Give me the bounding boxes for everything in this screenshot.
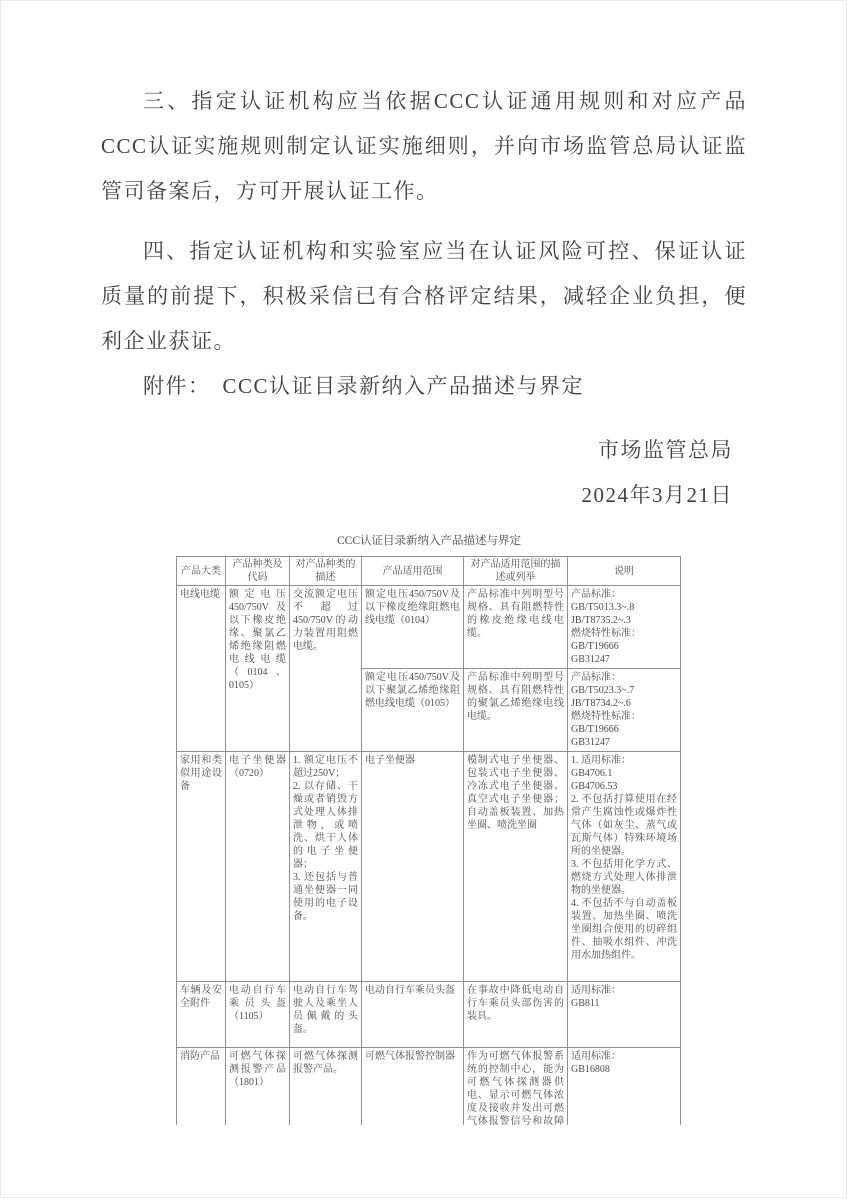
signature-date: 2024年3月21日 — [101, 473, 733, 518]
cell-cable-category: 电线电缆 — [177, 586, 226, 752]
cell-cable-rubber-scope: 额定电压450/750V及以下橡皮绝缘阻燃电线电缆（0104） — [362, 586, 464, 669]
header-scope-desc: 对产品适用范围的描述或列举 — [464, 557, 568, 586]
header-kind-desc: 对产品种类的描述 — [290, 557, 362, 586]
cell-helmet-category: 车辆及安全附件 — [177, 982, 226, 1048]
table-header-row: 产品大类 产品种类及代码 对产品种类的描述 产品适用范围 对产品适用范围的描述或… — [177, 557, 681, 586]
cell-toilet-kind-desc: 1. 额定电压不超过250V； 2. 以存储、干燥或者销毁方式处理人体排泄物，或… — [290, 752, 362, 982]
cell-cable-kind: 额定电压450/750V及以下橡皮绝缘、聚氯乙烯绝缘阻燃电线电缆（0104、01… — [226, 586, 290, 752]
cell-fire-kind-desc: 可燃气体探测报警产品。 — [290, 1048, 362, 1126]
header-scope: 产品适用范围 — [362, 557, 464, 586]
cell-helmet-kind: 电动自行车乘员头盔（1105） — [226, 982, 290, 1048]
paragraph-item-4: 四、指定认证机构和实验室应当在认证风险可控、保证认证质量的前提下，积极采信已有合… — [101, 229, 747, 364]
signature-organization: 市场监管总局 — [101, 428, 733, 473]
table-row-toilet: 家用和类似用途设备 电子坐便器（0720） 1. 额定电压不超过250V； 2.… — [177, 752, 681, 982]
cell-cable-pvc-scope-desc: 产品标准中列明型号规格、具有阻燃特性的聚氯乙烯绝缘电线电缆。 — [464, 669, 568, 752]
cell-fire-note: 适用标准： GB16808 — [568, 1048, 681, 1126]
cell-fire-category: 消防产品 — [177, 1048, 226, 1126]
cell-helmet-note: 适用标准： GB811 — [568, 982, 681, 1048]
header-note: 说明 — [568, 557, 681, 586]
paragraph-item-3: 三、指定认证机构应当依据CCC认证通用规则和对应产品CCC认证实施规则制定认证实… — [101, 79, 747, 214]
attachment-line: 附件： CCC认证目录新纳入产品描述与界定 — [101, 364, 747, 409]
signature-block: 市场监管总局 2024年3月21日 — [101, 428, 747, 518]
product-definition-table: 产品大类 产品种类及代码 对产品种类的描述 产品适用范围 对产品适用范围的描述或… — [176, 556, 681, 1125]
header-category: 产品大类 — [177, 557, 226, 586]
table-row-helmet: 车辆及安全附件 电动自行车乘员头盔（1105） 电动自行车驾驶人及乘坐人员佩戴的… — [177, 982, 681, 1048]
cell-toilet-scope: 电子坐便器 — [362, 752, 464, 982]
cell-toilet-scope-desc: 模制式电子坐便器、包装式电子坐便器、冷冻式电子坐便器、真空式电子坐便器；自动盖板… — [464, 752, 568, 982]
cell-cable-rubber-scope-desc: 产品标准中列明型号规格、具有阻燃特性的橡皮绝缘电线电缆。 — [464, 586, 568, 669]
cell-fire-scope-desc: 作为可燃气体报警系统的控制中心，能为可燃气体探测器供电、显示可燃气体浓度及接收并… — [464, 1048, 568, 1126]
cell-fire-kind: 可燃气体探测报警产品（1801） — [226, 1048, 290, 1126]
cell-cable-kind-desc: 交流额定电压不超过450/750V的动力装置用阻燃电缆。 — [290, 586, 362, 752]
cell-helmet-scope: 电动自行车乘员头盔 — [362, 982, 464, 1048]
table-row-fire: 消防产品 可燃气体探测报警产品（1801） 可燃气体探测报警产品。 可燃气体报警… — [177, 1048, 681, 1126]
table-row-cable-rubber: 电线电缆 额定电压450/750V及以下橡皮绝缘、聚氯乙烯绝缘阻燃电线电缆（01… — [177, 586, 681, 669]
document-page: 三、指定认证机构应当依据CCC认证通用规则和对应产品CCC认证实施规则制定认证实… — [0, 0, 847, 1198]
cell-cable-pvc-scope: 额定电压450/750V及以下聚氯乙烯绝缘阻燃电线电缆（0105） — [362, 669, 464, 752]
document-body: 三、指定认证机构应当依据CCC认证通用规则和对应产品CCC认证实施规则制定认证实… — [1, 1, 846, 1125]
cell-cable-rubber-note: 产品标准： GB/T5013.3~.8 JB/T8735.2~.3 燃烧特性标准… — [568, 586, 681, 669]
cell-cable-pvc-note: 产品标准： GB/T5023.3~.7 JB/T8734.2~.6 燃烧特性标准… — [568, 669, 681, 752]
cell-helmet-kind-desc: 电动自行车驾驶人及乘坐人员佩戴的头盔。 — [290, 982, 362, 1048]
cell-toilet-kind: 电子坐便器（0720） — [226, 752, 290, 982]
cell-helmet-scope-desc: 在事故中降低电动自行车乘员头部伤害的装具。 — [464, 982, 568, 1048]
header-kind-code: 产品种类及代码 — [226, 557, 290, 586]
table-title: CCC认证目录新纳入产品描述与界定 — [176, 534, 682, 548]
table-container: 产品大类 产品种类及代码 对产品种类的描述 产品适用范围 对产品适用范围的描述或… — [176, 556, 682, 1125]
cell-fire-scope: 可燃气体报警控制器 — [362, 1048, 464, 1126]
cell-toilet-category: 家用和类似用途设备 — [177, 752, 226, 982]
cell-toilet-note: 1. 适用标准： GB4706.1 GB4706.53 2. 不包括打算使用在经… — [568, 752, 681, 982]
